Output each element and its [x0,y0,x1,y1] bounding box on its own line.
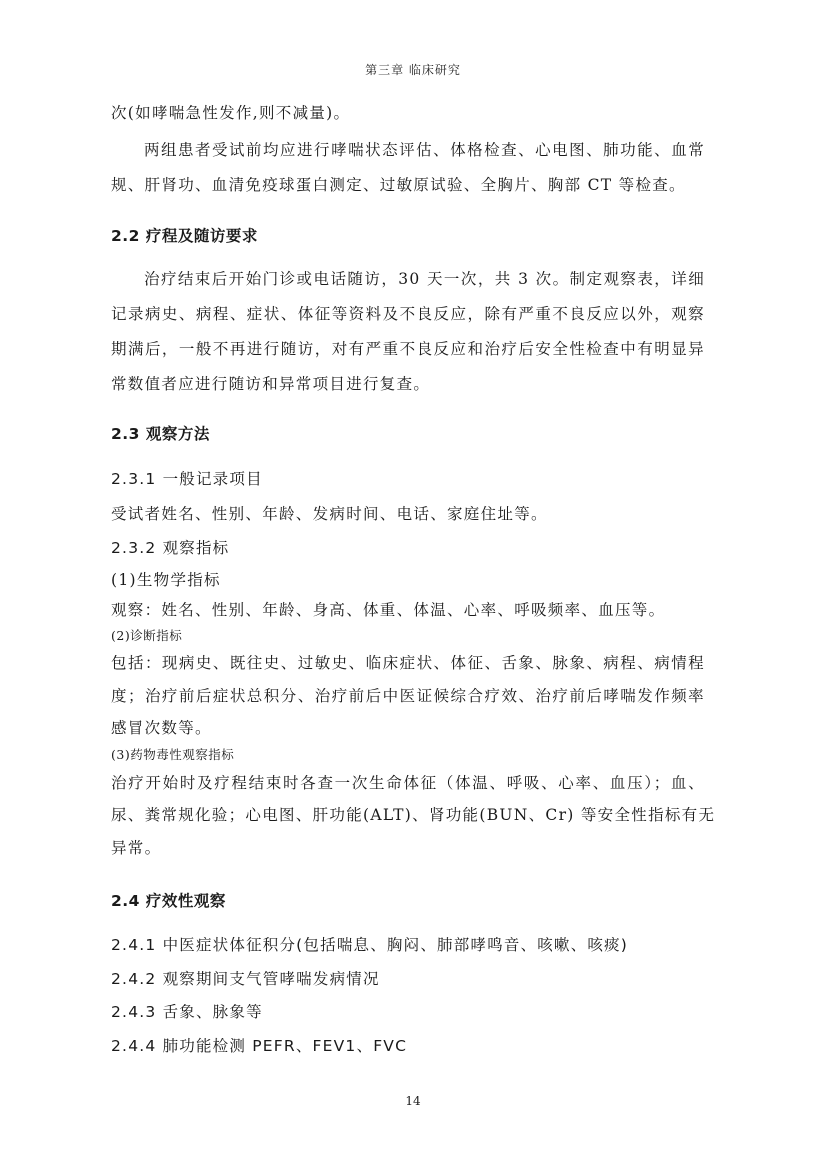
item-2-text-line-2: 度；治疗前后症状总积分、治疗前后中医证候综合疗效、治疗前后哮喘发作频率 [111,686,705,706]
item-2-label: (2)诊断指标 [111,627,182,645]
continuation-line: 次(如哮喘急性发作,则不减量)。 [111,103,705,123]
section-2-2-line-2: 记录病史、病程、症状、体征等资料及不良反应，除有严重不良反应以外，观察 [111,304,705,324]
item-1-text: 观察：姓名、性别、年龄、身高、体重、体温、心率、呼吸频率、血压等。 [111,600,705,620]
page-number: 14 [0,1094,826,1108]
efficacy-item-2-4-3: 2.4.3 舌象、脉象等 [111,1002,263,1022]
section-2-2-line-1: 治疗结束后开始门诊或电话随访，30 天一次，共 3 次。制定观察表，详细 [111,269,705,289]
subsection-2-3-2-heading: 2.3.2 观察指标 [111,538,229,558]
section-2-2-line-3: 期满后，一般不再进行随访，对有严重不良反应和治疗后安全性检查中有明显异 [111,339,705,359]
item-3-text-line-3: 异常。 [111,838,705,858]
subsection-2-3-1-text: 受试者姓名、性别、年龄、发病时间、电话、家庭住址等。 [111,504,705,524]
item-2-text-line-3: 感冒次数等。 [111,718,705,738]
efficacy-item-2-4-2: 2.4.2 观察期间支气管哮喘发病情况 [111,969,380,989]
item-1-label: (1)生物学指标 [111,570,705,590]
running-header: 第三章 临床研究 [0,61,826,78]
section-2-4-heading: 2.4 疗效性观察 [111,891,226,911]
document-page: 第三章 临床研究 次(如哮喘急性发作,则不减量)。 两组患者受试前均应进行哮喘状… [0,0,826,1169]
section-2-3-heading: 2.3 观察方法 [111,424,210,444]
item-3-text-line-1: 治疗开始时及疗程结束时各查一次生命体征（体温、呼吸、心率、血压）；血、 [111,773,705,793]
item-3-text-line-2: 尿、粪常规化验；心电图、肝功能(ALT)、肾功能(BUN、Cr) 等安全性指标有… [111,805,705,825]
item-3-label: (3)药物毒性观察指标 [111,746,234,764]
section-2-2-line-4: 常数值者应进行随访和异常项目进行复查。 [111,374,705,394]
item-2-text-line-1: 包括：现病史、既往史、过敏史、临床症状、体征、舌象、脉象、病程、病情程 [111,653,705,673]
section-2-2-heading: 2.2 疗程及随访要求 [111,226,258,246]
efficacy-item-2-4-1: 2.4.1 中医症状体征积分(包括喘息、胸闷、肺部哮鸣音、咳嗽、咳痰) [111,935,628,955]
exam-paragraph-line-1: 两组患者受试前均应进行哮喘状态评估、体格检查、心电图、肺功能、血常 [111,140,705,160]
efficacy-item-2-4-4: 2.4.4 肺功能检测 PEFR、FEV1、FVC [111,1036,407,1056]
subsection-2-3-1-heading: 2.3.1 一般记录项目 [111,469,263,489]
exam-paragraph-line-2: 规、肝肾功、血清免疫球蛋白测定、过敏原试验、全胸片、胸部 CT 等检查。 [111,175,705,195]
